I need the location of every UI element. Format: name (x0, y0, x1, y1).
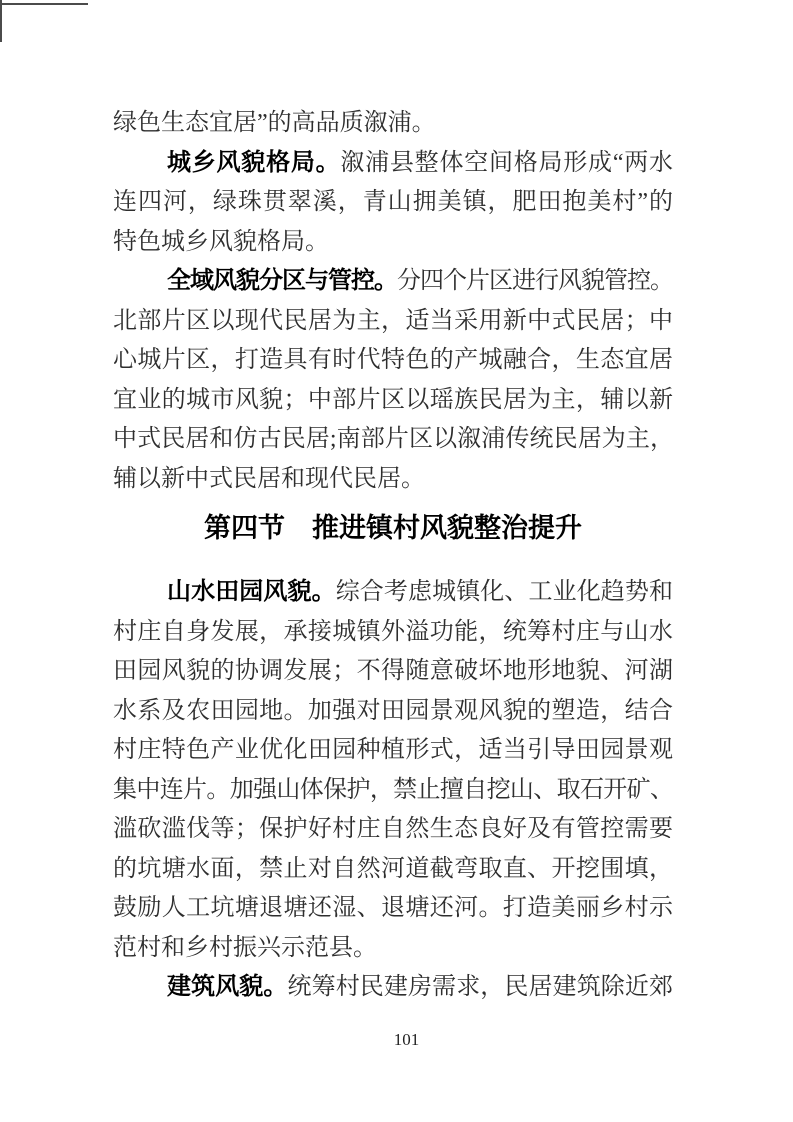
text-line: 建筑风貌。统筹村民建房需求，民居建筑除近郊 (113, 968, 673, 1008)
body-text-segment: 水系及农田园地。加强对田园景观风貌的塑造，结合 (113, 698, 673, 724)
body-text-segment: 特色城乡风貌格局。 (113, 229, 329, 255)
text-line: 辅以新中式民居和现代民居。 (113, 460, 673, 500)
body-text-segment: 村庄特色产业优化田园种植形式，适当引导田园景观 (113, 737, 673, 763)
page-number: 101 (0, 1030, 793, 1050)
scan-artifact-top-edge (0, 3, 88, 5)
text-line: 村庄特色产业优化田园种植形式，适当引导田园景观 (113, 731, 673, 771)
body-text-segment: 宜业的城市风貌；中部片区以瑶族民居为主，辅以新 (113, 387, 673, 413)
body-text-segment: 分四个片区进行风貌管控。 (397, 268, 673, 294)
body-text-segment: 连四河，绿珠贯翠溪，青山拥美镇，肥田抱美村”的 (113, 189, 673, 215)
text-line: 连四河，绿珠贯翠溪，青山拥美镇，肥田抱美村”的 (113, 183, 673, 223)
text-line: 范村和乡村振兴示范县。 (113, 929, 673, 969)
body-text-segment: 田园风貌的协调发展；不得随意破坏地形地貌、河湖 (113, 658, 673, 684)
text-line: 水系及农田园地。加强对田园景观风貌的塑造，结合 (113, 692, 673, 732)
body-text-segment: 中式民居和仿古民居;南部片区以溆浦传统民居为主， (113, 426, 673, 452)
body-text-segment: 辅以新中式民居和现代民居。 (113, 466, 425, 492)
body-text-segment: 的坑塘水面，禁止对自然河道截弯取直、开挖围填， (113, 856, 673, 882)
body-text-segment: 集中连片。加强山体保护，禁止擅自挖山、取石开矿、 (113, 777, 673, 803)
text-line: 鼓励人工坑塘退塘还湿、退塘还河。打造美丽乡村示 (113, 889, 673, 929)
text-line: 山水田园风貌。综合考虑城镇化、工业化趋势和 (113, 573, 673, 613)
section-heading: 第四节 推进镇村风貌整治提升 (113, 505, 673, 551)
text-line: 心城片区，打造具有时代特色的产城融合，生态宜居 (113, 341, 673, 381)
body-text: 绿色生态宜居”的高品质溆浦。城乡风貌格局。溆浦县整体空间格局形成“两水连四河，绿… (113, 104, 673, 1008)
text-line: 集中连片。加强山体保护，禁止擅自挖山、取石开矿、 (113, 771, 673, 811)
body-text-segment: 范村和乡村振兴示范县。 (113, 935, 377, 961)
bold-lead-in: 全域风貌分区与管控。 (167, 268, 397, 294)
bold-lead-in: 城乡风貌格局。 (167, 150, 340, 176)
text-line: 的坑塘水面，禁止对自然河道截弯取直、开挖围填， (113, 850, 673, 890)
text-line: 特色城乡风貌格局。 (113, 223, 673, 263)
body-text-segment: 鼓励人工坑塘退塘还湿、退塘还河。打造美丽乡村示 (113, 895, 673, 921)
text-line: 中式民居和仿古民居;南部片区以溆浦传统民居为主， (113, 420, 673, 460)
text-line: 滥砍滥伐等；保护好村庄自然生态良好及有管控需要 (113, 810, 673, 850)
body-text-segment: 村庄自身发展，承接城镇外溢功能，统筹村庄与山水 (113, 619, 673, 645)
body-text-segment: 统筹村民建房需求，民居建筑除近郊 (288, 974, 674, 1000)
scan-artifact-left-edge (0, 0, 2, 42)
bold-lead-in: 山水田园风貌。 (167, 579, 336, 605)
body-text-segment: 滥砍滥伐等；保护好村庄自然生态良好及有管控需要 (113, 816, 673, 842)
body-text-segment: 绿色生态宜居”的高品质溆浦。 (113, 110, 436, 136)
body-text-segment: 溆浦县整体空间格局形成“两水 (340, 150, 673, 176)
document-page: 绿色生态宜居”的高品质溆浦。城乡风貌格局。溆浦县整体空间格局形成“两水连四河，绿… (0, 0, 793, 1122)
body-text-segment: 心城片区，打造具有时代特色的产城融合，生态宜居 (113, 347, 673, 373)
text-line: 村庄自身发展，承接城镇外溢功能，统筹村庄与山水 (113, 613, 673, 653)
text-line: 北部片区以现代民居为主，适当采用新中式民居；中 (113, 302, 673, 342)
text-line: 田园风貌的协调发展；不得随意破坏地形地貌、河湖 (113, 652, 673, 692)
body-text-segment: 综合考虑城镇化、工业化趋势和 (336, 579, 673, 605)
text-line: 全域风貌分区与管控。分四个片区进行风貌管控。 (113, 262, 673, 302)
bold-lead-in: 建筑风貌。 (167, 974, 288, 1000)
body-text-segment: 北部片区以现代民居为主，适当采用新中式民居；中 (113, 308, 673, 334)
text-line: 城乡风貌格局。溆浦县整体空间格局形成“两水 (113, 144, 673, 184)
text-line: 宜业的城市风貌；中部片区以瑶族民居为主，辅以新 (113, 381, 673, 421)
text-line: 绿色生态宜居”的高品质溆浦。 (113, 104, 673, 144)
